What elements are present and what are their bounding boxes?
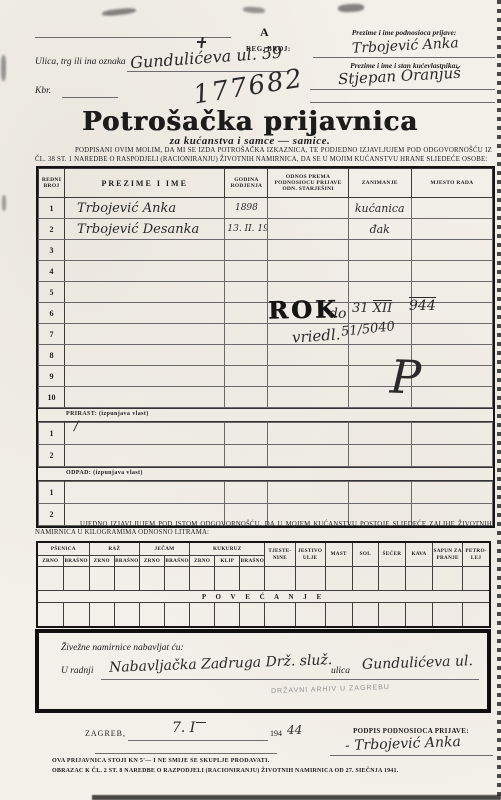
date-handwritten: 7. I — [172, 720, 195, 736]
date-line — [128, 740, 268, 741]
year-prefix: 194 — [270, 729, 282, 738]
rok-year-handwritten: 944 — [409, 298, 436, 314]
shop-handwritten-value: Nabavljačka Zadruga Drž. služ. — [109, 652, 333, 676]
scan-artifact — [102, 7, 136, 17]
signature-label: PODPIS PODNOSIOCA PRIJAVE: — [330, 727, 492, 735]
col-kukuruz: KUKURUZ — [190, 542, 265, 556]
col-header-odnos: ODNOS PREMA PODNOSIOCU PRIJAVE ODN. STAR… — [268, 169, 348, 198]
birth-cell: 13. II. 1920 — [225, 219, 268, 240]
name-cell — [65, 240, 225, 261]
archive-stamp: DRŽAVNI ARHIV U ZAGREBU — [271, 684, 390, 695]
blank-line — [95, 753, 277, 754]
blank-line — [310, 102, 495, 103]
shop-label: U radnji — [61, 666, 93, 676]
odpad-table: 1 2 — [38, 481, 493, 526]
table-header-row: REDNI BROJ PREZIME I IME GODINA RODJENJA… — [39, 169, 493, 198]
scan-artifact — [92, 795, 501, 800]
col-header-redni-broj: REDNI BROJ — [39, 169, 65, 198]
supplies-group-header-row: PŠENICA RAŽ JEČAM KUKURUZ TJESTE-NINE JE… — [37, 542, 490, 556]
relation-cell — [268, 345, 348, 366]
relation-cell — [268, 240, 348, 261]
rok-do-handwritten: do — [329, 306, 346, 322]
col-jecam: JEČAM — [139, 542, 189, 556]
povecanje-row: P O V E Ć A N J E — [37, 591, 490, 603]
col-jestivo-ulje: JESTIVO ULJE — [295, 542, 325, 567]
col-header-prezime-ime: PREZIME I IME — [65, 169, 225, 198]
table-row: 4 — [39, 261, 493, 282]
table-row: 7 — [39, 324, 493, 345]
relation-cell — [268, 198, 348, 219]
applicant-name-label: Prezime i ime podnosioca prijave: — [313, 28, 495, 37]
table-row: 1 — [39, 423, 493, 445]
relation-cell — [268, 219, 348, 240]
supplies-value-row — [37, 567, 490, 591]
name-cell — [65, 366, 225, 387]
year-handwritten: 44 — [287, 723, 302, 737]
form-subtitle: za kućanstva i samce — samice. — [30, 135, 470, 147]
table-row: 2Trbojević Desanka13. II. 1920đak — [39, 219, 493, 240]
col-kava: KAVA — [405, 542, 432, 567]
occupation-cell: đak — [348, 219, 411, 240]
applicant-name-handwritten: Trbojević Anka — [352, 35, 459, 57]
occupation-cell: kućanica — [348, 198, 411, 219]
col-header-zanimanje: ZANIMANJE — [348, 169, 411, 198]
purchase-heading: Živežne namirnice nabavljat ću: — [61, 643, 184, 653]
birth-cell — [225, 240, 268, 261]
form-series-letter: A — [260, 25, 269, 40]
declaration-paragraph: PODPISANI OVIM MOLIM, DA MI SE IZDA POTR… — [35, 147, 492, 164]
relation-cell — [268, 387, 348, 408]
household-members-table: REDNI BROJ PREZIME I IME GODINA RODJENJA… — [38, 168, 493, 408]
col-sapun: SAPUN ZA PRANJE — [433, 542, 463, 567]
street-label: Ulica, trg ili ina oznaka — [35, 57, 126, 67]
birth-cell — [225, 324, 268, 345]
workplace-cell — [411, 345, 492, 366]
supplies-declaration: UJEDNO IZJAVLJUJEM POD ISTOM ODGOVORNOŠĆ… — [35, 521, 492, 537]
name-cell — [65, 261, 225, 282]
table-row: 8 — [39, 345, 493, 366]
pen-correction-mark — [200, 37, 204, 48]
occupation-cell — [348, 261, 411, 282]
name-cell — [65, 387, 225, 408]
scan-artifact — [2, 195, 6, 211]
signature-handwritten: - Trbojević Anka — [345, 734, 461, 754]
regulation-note: OBRAZAC K ČL. 2 ST. 8 NAREDBE O RAZPODJE… — [52, 768, 398, 774]
relation-cell — [268, 261, 348, 282]
pen-slash-mark: / — [74, 419, 78, 434]
col-raz: RAŽ — [89, 542, 139, 556]
city-label: ZAGREB, — [85, 729, 126, 738]
birth-cell: 1898 — [225, 198, 268, 219]
rok-date-handwritten: 31 XII — [352, 301, 392, 316]
table-row: 9 — [39, 366, 493, 387]
pen-mark: P — [389, 349, 422, 404]
workplace-cell — [411, 219, 492, 240]
col-petrolej: PETRO-LEJ — [463, 542, 490, 567]
col-sol: SOL — [352, 542, 378, 567]
consumer-registration-form: A REG. BROJ: Ulica, trg ili ina oznaka G… — [0, 0, 501, 800]
roman-numeral-overline — [196, 722, 206, 723]
birth-cell — [225, 366, 268, 387]
col-secer: ŠEĆER — [378, 542, 405, 567]
signature-line — [330, 755, 493, 756]
workplace-cell — [411, 240, 492, 261]
odpad-section-label: ODPAD: (izpunjava vlast) — [38, 467, 493, 481]
occupation-cell — [348, 240, 411, 261]
supplies-value-row — [37, 603, 490, 628]
name-cell — [65, 282, 225, 303]
table-row: 3 — [39, 240, 493, 261]
name-cell: Trbojević Anka — [65, 198, 225, 219]
house-number-label: Kbr. — [35, 86, 51, 96]
birth-cell — [225, 387, 268, 408]
col-mast: MAST — [325, 542, 352, 567]
name-cell: Trbojević Desanka — [65, 219, 225, 240]
workplace-cell — [411, 324, 492, 345]
name-cell — [65, 303, 225, 324]
applicant-underline — [313, 57, 495, 58]
col-psenica: PŠENICA — [37, 542, 89, 556]
form-title: Potrošačka prijavnica — [30, 107, 470, 137]
workplace-cell — [411, 387, 492, 408]
table-row: 1 — [39, 482, 493, 504]
prirast-section-label: PRIRAST: (izpunjava vlast) — [38, 408, 493, 422]
table-row: 10 — [39, 387, 493, 408]
table-row: 2 — [39, 445, 493, 467]
shop-street-label: ulica — [331, 666, 350, 676]
birth-cell — [225, 303, 268, 324]
birth-cell — [225, 282, 268, 303]
landlord-underline — [310, 89, 495, 90]
col-tjestenine: TJESTE-NINE — [265, 542, 295, 567]
name-cell — [65, 324, 225, 345]
shop-street-handwritten-value: Gundulićeva ul. — [362, 653, 473, 673]
household-members-section: REDNI BROJ PREZIME I IME GODINA RODJENJA… — [36, 166, 495, 528]
workplace-cell — [411, 198, 492, 219]
workplace-cell — [411, 261, 492, 282]
validity-note-handwritten: vriedl. — [291, 325, 341, 346]
prirast-table: 1 2 — [38, 422, 493, 467]
perforated-edge — [497, 0, 501, 800]
scan-artifact — [243, 6, 265, 14]
scan-artifact — [1, 55, 6, 81]
pen-correction-mark — [197, 41, 206, 43]
purchase-declaration-box: Živežne namirnice nabavljat ću: U radnji… — [35, 629, 491, 713]
birth-cell — [225, 345, 268, 366]
col-header-mjesto-rada: MJESTO RADA — [411, 169, 492, 198]
table-row: 1Trbojević Anka1898kućanica — [39, 198, 493, 219]
street-handwritten-value: Gundulićeva ul. 59 — [130, 43, 283, 73]
house-number-line — [62, 97, 118, 98]
name-cell — [65, 345, 225, 366]
col-header-godina-rodjenja: GODINA RODJENJA — [225, 169, 268, 198]
relation-cell — [268, 366, 348, 387]
supplies-table: PŠENICA RAŽ JEČAM KUKURUZ TJESTE-NINE JE… — [36, 541, 491, 628]
workplace-cell — [411, 366, 492, 387]
scan-artifact — [338, 3, 364, 12]
writing-line — [101, 679, 479, 680]
birth-cell — [225, 261, 268, 282]
price-note: OVA PRIJAVNICA STOJI KN 5'— I NE SMIJE S… — [52, 758, 270, 764]
